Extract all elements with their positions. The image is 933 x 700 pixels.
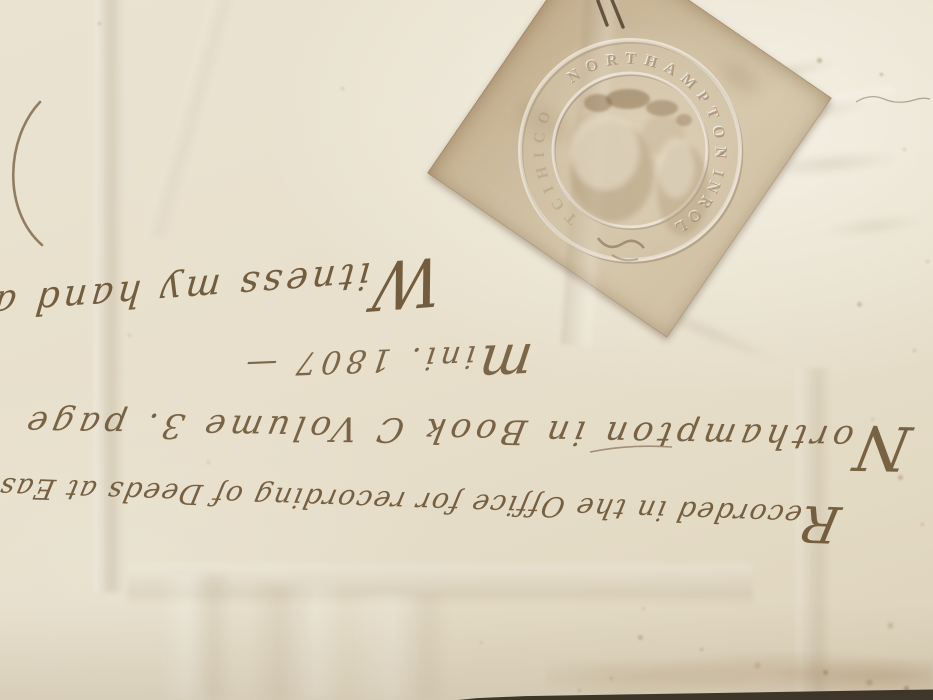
paper-smudge xyxy=(691,33,789,121)
surface-streak xyxy=(252,584,344,700)
seal-paper-square xyxy=(427,0,832,338)
faint-diagonal-crease xyxy=(143,0,240,241)
parchment-document-photo: NORTHAMPTON NORTHAMPTON • INROL • INROL … xyxy=(0,0,933,700)
crease-squiggle-line xyxy=(856,97,930,103)
foxing-spots xyxy=(0,0,3,3)
horizontal-fold-band xyxy=(128,564,753,606)
handwriting-date-line: mini. 1807 — xyxy=(236,330,537,407)
crease-dent xyxy=(805,204,933,248)
stain-band xyxy=(545,652,933,696)
surface-streak xyxy=(348,594,448,700)
paper-smudge xyxy=(484,68,602,177)
surface-streak xyxy=(158,574,232,700)
ink-flourish-curl xyxy=(13,102,42,245)
